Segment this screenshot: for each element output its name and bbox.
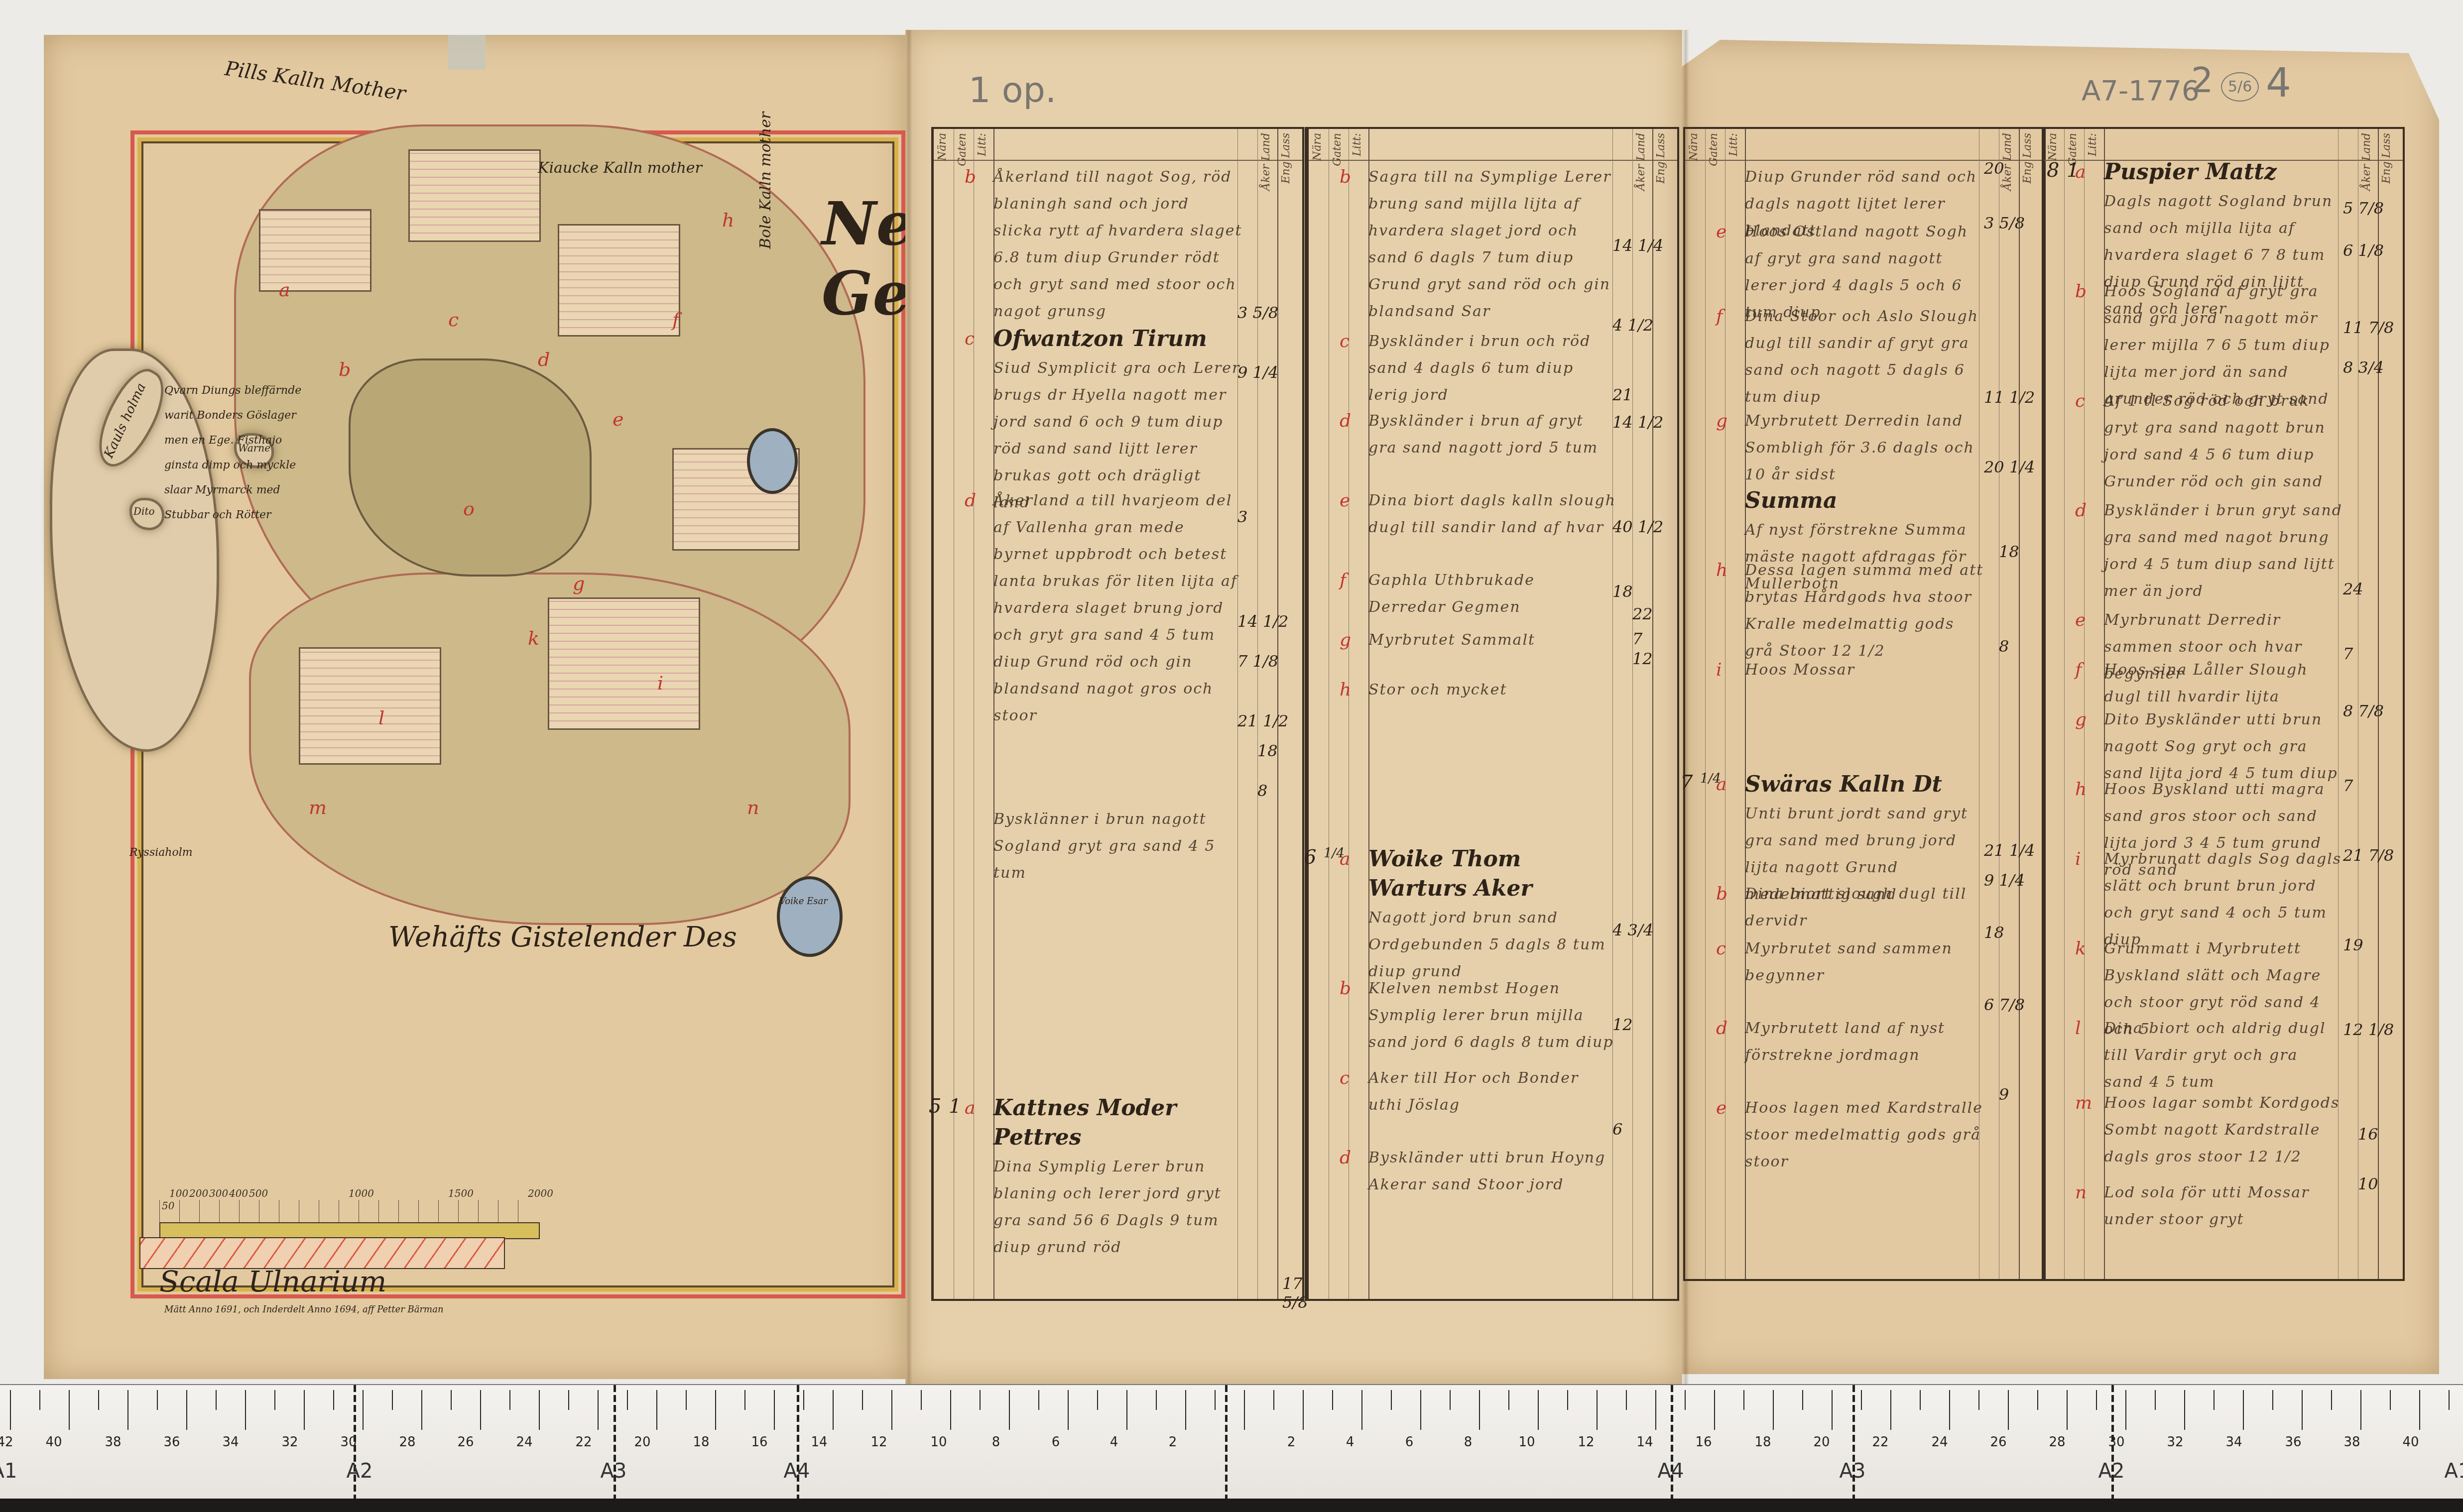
ruler-tick [69,1390,70,1430]
ruler-tick [10,1390,11,1430]
area-value: 7 1/8 [1237,652,1278,671]
ruler-tick [1890,1390,1891,1430]
place-label: Kiaucke Kalln mother [538,159,702,177]
ruler-tick [744,1390,745,1410]
area-value: 17 5/8 [1282,1274,1308,1312]
area-value: 12 [1632,649,1653,668]
ledger-entry: dMyrbrutett land af nyst förstrekne jord… [1745,1015,1984,1069]
ruler-tick [1861,1390,1862,1410]
area-value: 21 1/4 [1984,841,2035,860]
ledger-entry: cByskländer i brun och röd sand 4 dagls … [1368,328,1617,409]
ruler-tick [1244,1390,1245,1430]
area-value: 7 [2343,644,2353,663]
parcel-letter: d [538,349,550,370]
ruler-tick [1832,1390,1833,1430]
map-title-fragment: Ne Gel [822,189,901,329]
ruler-tick [1156,1390,1157,1410]
ruler-tick [1538,1390,1539,1430]
ledger-page-3: Nära Gaten Litt: Åker Land Eng Lass Diup… [1683,127,2046,1281]
area-value: 16 [2358,1125,2378,1144]
parcel-letter: e [613,408,624,430]
ledger-entry: cAf 1 tl Sog röd och bruk gryt gra sand … [2104,388,2343,495]
ruler-tick [950,1390,951,1430]
parcel-letter: g [573,573,585,594]
ruler-tick [2184,1390,2185,1430]
ledger-entry: fHoos sina Låller Slough dugl till hvard… [2104,657,2343,710]
area-value: 3 5/8 [1984,214,2025,233]
measurement-ruler: 42 40 38 36 34 32 30 28 26 24 22 20 18 1… [0,1384,2463,1500]
area-value: 18 [1984,923,2004,942]
ledger-entry: iHoos Mossar [1745,657,1984,684]
map-caption: Wehäfts Gistelender Des [388,921,737,953]
area-value: 14 1/2 [1612,413,1663,432]
ruler-tick [1714,1390,1715,1430]
area-value: 7 [2343,776,2353,795]
parcel-letter: i [657,672,663,694]
column-header: Nära [2047,133,2059,161]
ruler-tick [774,1390,775,1430]
area-value: 7 [1632,629,1642,648]
column-header: Åker Land [2360,133,2373,191]
ledger-entry: bDina biort slough dugl till dervidr [1745,881,1984,934]
ruler-tick [1391,1390,1392,1410]
ruler-tick [1038,1390,1039,1410]
area-value: 6 1/8 [2343,241,2384,260]
area-value: 8 [1999,637,2009,656]
ledger-page-4: Nära Gaten Litt: Åker Land Eng Lass 8 1 … [2042,127,2405,1281]
ledger-entry: cAker till Hor och Bonder uthi Jöslag [1368,1065,1617,1119]
area-value: 18 [1999,542,2019,561]
ruler-tick [656,1390,657,1430]
ruler-tick [2331,1390,2332,1410]
ruler-tick [2096,1390,2097,1410]
ruler-tick [480,1390,481,1430]
place-label: Dito [133,505,155,517]
ruler-tick [1420,1390,1421,1430]
parcel-letter: f [672,309,679,331]
ruler-tick [1655,1390,1656,1430]
ruler-tick [392,1390,393,1410]
area-value: 40 1/2 [1612,517,1663,536]
ledger-entry: hStor och mycket [1368,677,1617,703]
ledger-entry: mHoos lagar sombt Kordgods Sombt nagott … [2104,1090,2343,1170]
area-value: 9 1/4 [1984,871,2025,890]
area-value: 20 [1984,159,2004,178]
column-header: Eng Lass [2380,133,2393,184]
ledger-entry: eHoos lagen med Kardstralle stoor medelm… [1745,1095,1984,1175]
ruler-tick [1773,1390,1774,1430]
ruler-tick [1508,1390,1509,1410]
ruler-tick [2214,1390,2215,1410]
ruler-tick [598,1390,599,1430]
ledger-entry: cMyrbrutet sand sammen begynner [1745,935,1984,989]
ruler-tick [2008,1390,2009,1430]
ledger-entry: fDina Stoor och Aslo Slough dugl till sa… [1745,303,1984,411]
lake-north [747,428,798,494]
area-value: 18 [1612,582,1633,601]
place-label: Ryssiaholm [129,846,193,859]
pencil-sheet-number: 2 [2191,60,2214,101]
ledger-entry: fGaphla Uthbrukade Derredar Gegmen [1368,567,1617,621]
area-value: 6 [1612,1120,1622,1139]
parcel-letter: l [378,707,384,729]
ruler-tick [921,1390,922,1410]
parcel-letter: o [463,498,475,520]
area-value: 6 7/8 [1984,995,2025,1014]
area-value: 8 3/4 [2343,358,2384,377]
scanner-edge [0,1499,2463,1512]
ruler-tick [451,1390,452,1410]
area-value: 3 [1237,507,1247,526]
ruler-tick [1126,1390,1127,1430]
ruler-tick [274,1390,275,1410]
ledger-entry: nLod sola för utti Mossar under stoor gr… [2104,1179,2343,1233]
ruler-tick [333,1390,334,1410]
ruler-tick [539,1390,540,1430]
column-header: Åker Land [1635,133,1647,191]
ruler-tick [1479,1390,1480,1430]
column-header: Eng Lass [1655,133,1667,184]
parcel-letter: h [722,209,734,231]
area-value: 12 1/8 [2343,1020,2394,1039]
ruler-tick [2360,1390,2361,1430]
conservation-tape [448,35,486,70]
pencil-page-note: 1 op. [969,70,1056,111]
pencil-archive-ref: A7-1776 [2082,75,2200,107]
ruler-tick [1068,1390,1069,1430]
ledger-entry: gMyrbrutett Derredin land Sombligh för 3… [1745,408,1984,488]
area-value: 8 [1257,781,1267,800]
column-header: Nära [936,133,949,161]
ledger-entry: gDito Byskländer utti brun nagott Sog gr… [2104,706,2343,787]
ledger-entry: bSagra till na Symplige Lerer brung sand… [1368,164,1617,325]
ruler-tick [186,1390,187,1430]
ledger-entry: dByskländer utti brun Hoyng Akerar sand … [1368,1145,1617,1198]
ledger-entry: eDina biort dagls kalln slough dugl till… [1368,487,1617,541]
column-header: Gaten [956,133,969,166]
ruler-tick [2272,1390,2273,1410]
ruler-tick [1303,1390,1304,1430]
scale-ticks [159,1200,538,1222]
ruler-tick [157,1390,158,1410]
field-parcel [259,209,371,292]
ruler-tick [2067,1390,2068,1430]
column-header: Eng Lass [2021,133,2034,184]
area-value: 4 1/2 [1612,316,1653,335]
ruler-tick [1978,1390,1979,1410]
ledger-page-1: Nära Gaten Litt: Åker Land Eng Lass bÅke… [931,127,1304,1301]
column-header: Gaten [1708,133,1720,166]
ruler-tick [1685,1390,1686,1410]
scale-subtitle: Mätt Anno 1691, och Inderdelt Anno 1694,… [164,1304,444,1315]
ruler-tick [686,1390,687,1410]
area-value: 21 7/8 [2343,846,2394,865]
area-value: 9 [1999,1085,2009,1104]
ruler-tick [2302,1390,2303,1430]
ruler-tick [1597,1390,1598,1430]
ruler-tick [891,1390,892,1430]
pencil-circled-note: 5/6 [2221,72,2259,102]
ruler-tick [1450,1390,1451,1410]
area-value: 12 [1612,1015,1633,1034]
column-header: Gaten [1331,133,1344,166]
column-header: Litt: [976,133,988,156]
ledger-entry: aKattnes Moder PettresDina Symplig Lerer… [993,1095,1242,1261]
ruler-tick [627,1390,628,1410]
parcel-letter: m [309,797,327,818]
field-parcel [299,647,441,765]
ledger-entry: bÅkerland till nagot Sog, röd blaningh s… [993,164,1242,325]
meadow-center [349,358,592,577]
area-value: 19 [2343,935,2363,954]
ruler-tick [1097,1390,1098,1410]
area-value: 14 1/4 [1612,236,1663,255]
ruler-tick [245,1390,246,1430]
ruler-tick [2125,1390,2126,1430]
area-value: 8 7/8 [2343,701,2384,720]
ruler-tick [1626,1390,1627,1410]
place-label: Voike Esar [779,896,828,907]
area-value: 3 5/8 [1237,303,1278,322]
area-value: 9 1/4 [1237,363,1278,382]
area-value: 4 3/4 [1612,921,1653,939]
scale-title: Scala Ulnarium [159,1265,386,1298]
ledger-entry: dÅkerland a till hvarjeom del af Vallenh… [993,487,1242,729]
ledger-entry: eBysklänner i brun nagott Sogland gryt g… [993,806,1242,1055]
column-header: Litt: [1351,133,1363,156]
ruler-tick [1361,1390,1362,1430]
column-header: Litt: [2087,133,2099,156]
ruler-tick [833,1390,834,1430]
column-header: Litt: [1727,133,1740,156]
ruler-tick [862,1390,863,1410]
ledger-entry: aWoike Thom Warturs AkerNagott jord brun… [1368,846,1617,985]
ruler-tick [1185,1390,1186,1430]
ruler-tick [98,1390,99,1410]
column-header: Eng Lass [1280,133,1292,184]
ruler-tick [127,1390,128,1430]
ruler-tick [803,1390,804,1410]
ledger-page-2: Nära Gaten Litt: Åker Land Eng Lass bSag… [1305,127,1679,1301]
pencil-mark: 4 [2266,60,2291,106]
ledger-entry: dByskländer i brun af gryt gra sand nago… [1368,408,1617,462]
ruler-tick [2449,1390,2450,1410]
ruler-tick [980,1390,981,1410]
field-parcel [558,224,680,337]
ruler-tick [2243,1390,2244,1430]
field-parcel [408,149,541,242]
map-note: Qvarn Diungs bleffärnde warit Bonders Gö… [164,378,314,528]
ruler-tick [1949,1390,1950,1430]
parcel-letter: k [528,627,539,649]
lake-voike [777,876,843,957]
ruler-tick [2037,1390,2038,1410]
ledger-entry: gMyrbrutet Sammalt [1368,627,1617,654]
ruler-tick [304,1390,305,1430]
ledger-entry: bKlelven nembst Hogen Symplig lerer brun… [1368,975,1617,1056]
area-value: 11 7/8 [2343,318,2394,337]
area-value: 20 1/4 [1984,458,2035,476]
ruler-tick [1802,1390,1803,1410]
ruler-tick [39,1390,40,1410]
ruler-tick [1743,1390,1744,1410]
column-header: Nära [1311,133,1324,161]
scale-bar: 50 100 200 300 400 500 1000 1500 2000 Sc… [159,1170,538,1270]
ruler-tick [1215,1390,1216,1410]
ledger-entry: hDessa lagen summa med att brytas Hårdgo… [1745,557,1984,665]
parcel-letter: c [448,309,459,331]
column-header: Åker Land [1260,133,1272,191]
area-value: 21 1/2 [1237,711,1288,730]
place-label: Bole Kalln mother [757,112,774,249]
ruler-tick [216,1390,217,1410]
ruler-tick [363,1390,364,1430]
area-value: 14 1/2 [1237,612,1288,631]
area-value: 21 [1612,385,1633,404]
ruler-tick [1332,1390,1333,1410]
ruler-tick [2155,1390,2156,1410]
ruler-tick [1920,1390,1921,1410]
scale-bar-top [159,1222,540,1239]
ledger-entry: dByskländer i brun gryt sand gra sand me… [2104,497,2343,605]
ruler-tick [509,1390,510,1410]
area-value: 11 1/2 [1984,388,2035,407]
area-value: 22 [1632,604,1653,623]
column-header: Nära [1688,133,1700,161]
ledger-entry: lDina biort och aldrig dugl till Vardir … [2104,1015,2343,1096]
area-value: 18 [1257,741,1278,760]
ruler-tick [1273,1390,1274,1410]
fold-line [905,30,912,1384]
area-value: 5 7/8 [2343,199,2384,218]
ruler-tick [2419,1390,2420,1430]
ruler-tick [1009,1390,1010,1430]
ruler-tick [715,1390,716,1430]
ruler-tick [1567,1390,1568,1410]
parcel-letter: b [339,358,351,380]
area-value: 10 [2358,1174,2378,1193]
ruler-tick [2390,1390,2391,1410]
area-value: 24 [2343,580,2363,598]
field-parcel [548,597,700,730]
parcel-letter: n [747,797,759,818]
ruler-tick [421,1390,422,1430]
ruler-tick [568,1390,569,1410]
parcel-letter: a [279,279,290,301]
